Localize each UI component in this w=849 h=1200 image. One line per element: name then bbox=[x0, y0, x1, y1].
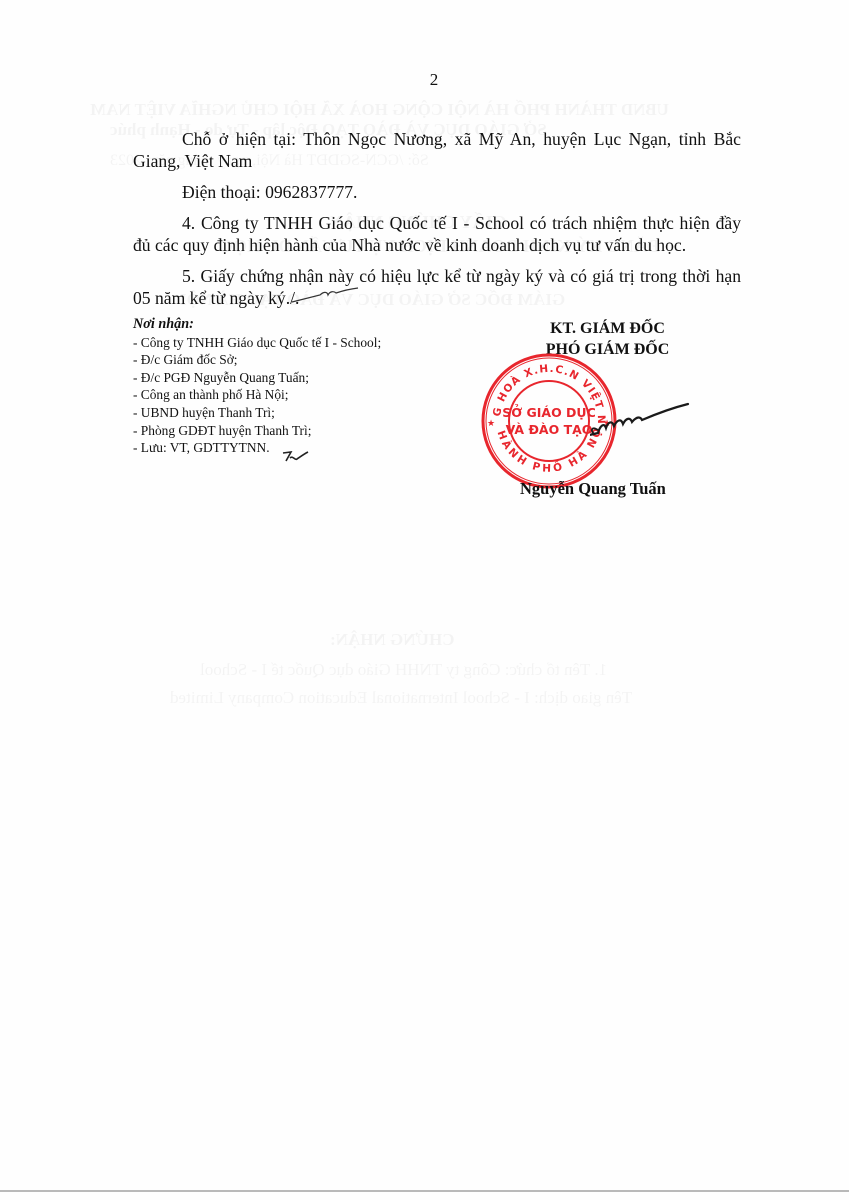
seal-inner-line-1: SỞ GIÁO DỤC bbox=[502, 404, 596, 420]
body-section: Chỗ ở hiện tại: Thôn Ngọc Nương, xã Mỹ A… bbox=[133, 128, 741, 309]
recipient-item: - Lưu: VT, GDTTYTNN. bbox=[133, 439, 381, 457]
bleed-through-trade-name: Tên giao dịch: I - School International … bbox=[170, 688, 632, 708]
handwritten-signature-icon bbox=[590, 400, 690, 445]
handwritten-mark-icon bbox=[281, 449, 309, 465]
clause-5-paragraph: 5. Giấy chứng nhận này có hiệu lực kể từ… bbox=[133, 265, 741, 309]
bleed-through-body bbox=[130, 716, 730, 1076]
recipient-item: - Phòng GDĐT huyện Thanh Trì; bbox=[133, 422, 381, 440]
recipient-item: - Công ty TNHH Giáo dục Quốc tế I - Scho… bbox=[133, 334, 381, 352]
recipients-title: Nơi nhận: bbox=[133, 316, 381, 334]
phone-paragraph: Điện thoại: 0962837777. bbox=[133, 181, 741, 203]
svg-text:★: ★ bbox=[487, 418, 495, 428]
residence-paragraph: Chỗ ở hiện tại: Thôn Ngọc Nương, xã Mỹ A… bbox=[133, 128, 741, 172]
signer-title-line-1: KT. GIÁM ĐỐC bbox=[500, 318, 715, 339]
recipients-list: Nơi nhận: - Công ty TNHH Giáo dục Quốc t… bbox=[133, 316, 381, 457]
bleed-through-header-1: UBND THÀNH PHỐ HÀ NỘI CỘNG HOÀ XÃ HỘI CH… bbox=[90, 100, 669, 120]
handwritten-initial-icon bbox=[290, 287, 360, 305]
recipient-item: - Đ/c PGĐ Nguyễn Quang Tuấn; bbox=[133, 369, 381, 387]
bleed-through-certify: CHỨNG NHẬN: bbox=[330, 630, 455, 650]
clause-4-paragraph: 4. Công ty TNHH Giáo dục Quốc tế I - Sch… bbox=[133, 212, 741, 256]
recipient-item: - UBND huyện Thanh Trì; bbox=[133, 404, 381, 422]
scan-edge-divider bbox=[0, 1190, 849, 1192]
bleed-through-org-name: 1. Tên tổ chức: Công ty TNHH Giáo dục Qu… bbox=[200, 660, 607, 680]
recipient-item: - Đ/c Giám đốc Sở; bbox=[133, 351, 381, 369]
page-number: 2 bbox=[0, 70, 849, 90]
signer-name: Nguyễn Quang Tuấn bbox=[520, 479, 666, 499]
document-page: UBND THÀNH PHỐ HÀ NỘI CỘNG HOÀ XÃ HỘI CH… bbox=[0, 0, 849, 1200]
seal-inner-line-2: VÀ ĐÀO TẠO bbox=[506, 422, 593, 437]
recipient-item: - Công an thành phố Hà Nội; bbox=[133, 386, 381, 404]
